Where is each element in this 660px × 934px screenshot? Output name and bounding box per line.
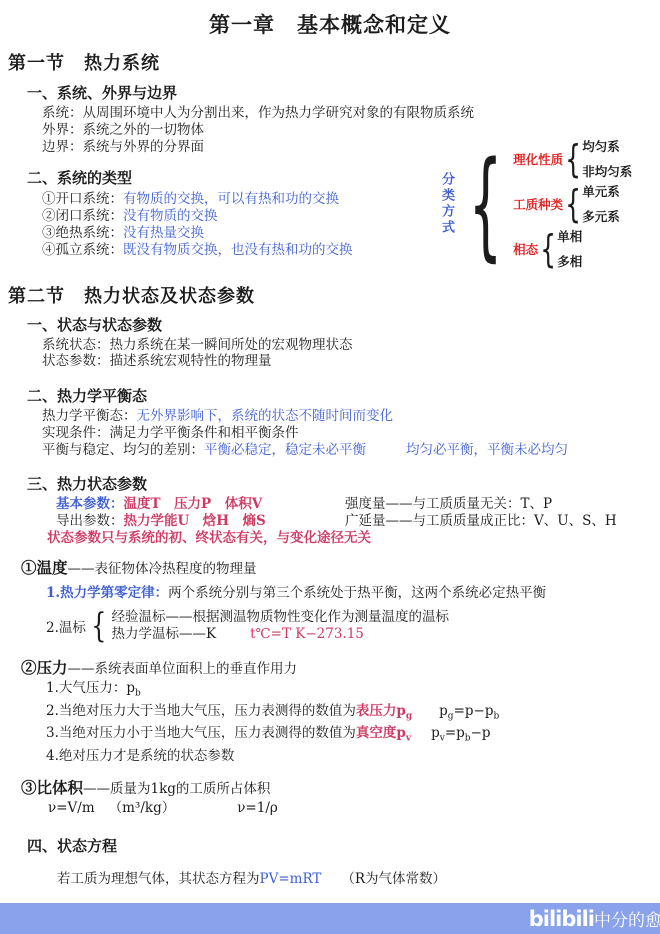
brace-icon: { (91, 609, 106, 643)
gauge-formula: pg=p−pb (439, 703, 499, 725)
gauge-text: 2.当绝对压力大于当地大气压，压力表测得的数值为 (46, 703, 356, 719)
leaf-label: 非均匀系 (582, 162, 632, 180)
vacuum-text: 3.当绝对压力小于当地大气压，压力表测得的数值为 (46, 725, 356, 741)
term-text: 既没有物质交换，也没有热和功的交换 (123, 242, 353, 258)
vacuum-term-text: 真空度p (356, 725, 406, 741)
leaf-label: 均匀系 (582, 137, 632, 155)
param-value: 温度T 压力P 体积V (124, 496, 263, 512)
vacuum-formula-part: −p (471, 725, 491, 741)
leaf-label: 多元系 (582, 207, 620, 225)
gas-constant-note: （R为气体常数） (341, 871, 446, 888)
volume-formula-1: ν=V/m (48, 800, 95, 816)
term-text: 热力系统在某一瞬间所处的宏观物理状态 (110, 337, 353, 353)
zeroth-law-label: 1.热力学第零定律： (46, 585, 168, 601)
state-definition-line: 系统状态：热力系统在某一瞬间所处的宏观物理状态 (42, 337, 660, 354)
state-parameter-line: 状态参数：描述系统宏观特性的物理量 (42, 353, 660, 370)
term-label: 平衡与稳定、均匀的差别： (42, 442, 204, 458)
brace-icon: { (565, 185, 581, 223)
term-text: 描述系统宏观特性的物理量 (110, 353, 272, 369)
term-text: 系统与外界的分界面 (83, 139, 205, 155)
derived-params-row: 导出参数：热力学能U 焓H 熵S 广延量——与工质质量成正比：V、U、S、H (56, 513, 660, 530)
temperature-definition: ——表征物体冷热程度的物理量 (68, 561, 257, 577)
specific-volume-heading: ③比体积——质量为1kg的工质所占体积 (21, 776, 660, 798)
branch-leaves: 均匀系 非均匀系 (582, 137, 632, 180)
specific-volume-formula-line: ν=V/m（m³/kg）ν=1/ρ (48, 800, 660, 817)
definition-line-system: 系统：从周围环境中人为分割出来，作为热力学研究对象的有限物质系统 (42, 105, 660, 122)
basic-params-left: 基本参数：温度T 压力P 体积V (56, 496, 345, 513)
temperature-term: ①温度 (21, 558, 68, 577)
term-text: 满足力学平衡条件和相平衡条件 (110, 425, 299, 441)
thermodynamic-scale-line: 热力学温标——Kt℃=T K−273.15 (112, 626, 450, 643)
ideal-gas-text: 若工质为理想气体，其状态方程为 (57, 871, 260, 887)
derived-params-left: 导出参数：热力学能U 焓H 熵S (56, 513, 345, 530)
term-label: 实现条件： (42, 425, 110, 441)
diagram-branch-workingfluid: 工质种类 { 单元系 多元系 (513, 182, 632, 225)
section2-sub2-heading: 二、热力学平衡态 (27, 385, 660, 406)
branch-label: 工质种类 (513, 195, 563, 213)
temperature-conversion-formula: t℃=T K−273.15 (250, 626, 364, 642)
equation-of-state-heading: 四、状态方程 (27, 835, 660, 856)
branch-label: 理化性质 (513, 150, 563, 168)
diagram-branch-phase: 相态 { 单相 多相 (513, 227, 632, 270)
gauge-pressure-line: 2.当绝对压力大于当地大气压，压力表测得的数值为表压力pgpg=p−pb (46, 703, 660, 725)
vacuum-term-subscript: v (406, 734, 411, 744)
diagram-root-label: 分类方式 (437, 172, 456, 236)
temperature-scale-block: 2.温标 { 经验温标——根据测温物质物性变化作为测量温度的温标 热力学温标——… (46, 609, 660, 643)
section2-sub1-heading: 一、状态与状态参数 (27, 314, 660, 335)
volume-unit: （m³/kg） (109, 800, 176, 816)
param-label: 基本参数： (56, 496, 124, 512)
classification-diagram: 分类方式 { 理化性质 { 均匀系 非均匀系 工质种类 { 单元系 多元系 相态 (437, 136, 632, 271)
channel-name: 中分的愈 (594, 906, 660, 931)
condition-line: 实现条件：满足力学平衡条件和相平衡条件 (42, 425, 660, 442)
difference-line: 平衡与稳定、均匀的差别：平衡必稳定，稳定未必平衡均匀必平衡，平衡未必均匀 (42, 442, 660, 459)
section1-sub1-heading: 一、系统、外界与边界 (27, 82, 660, 103)
term-label: 外界： (42, 122, 83, 138)
gauge-term-subscript: g (406, 711, 412, 721)
intensive-note: 强度量——与工质质量无关：T、P (345, 496, 552, 513)
absolute-pressure-note: 4.绝对压力才是系统的状态参数 (46, 748, 660, 765)
section2-sub3-heading: 三、热力状态参数 (27, 473, 660, 494)
pressure-definition: ——系统表面单位面积上的垂直作用力 (68, 661, 298, 677)
term-label: ④孤立系统： (42, 242, 123, 258)
ideal-gas-formula: PV=mRT (260, 871, 322, 887)
brace-icon: { (469, 145, 503, 263)
zeroth-law-line: 1.热力学第零定律：两个系统分别与第三个系统处于热平衡，这两个系统必定热平衡 (46, 585, 660, 602)
term-label: 边界： (42, 139, 83, 155)
ideal-gas-line: 若工质为理想气体，其状态方程为PV=mRT（R为气体常数） (57, 871, 660, 888)
diagram-branch-physchem: 理化性质 { 均匀系 非均匀系 (513, 137, 632, 180)
param-label: 导出参数： (56, 513, 124, 529)
leaf-label: 单相 (557, 227, 582, 245)
atmospheric-pressure-line: 1.大气压力：pb (46, 680, 660, 702)
atm-subscript: b (135, 689, 141, 699)
gauge-term-text: 表压力p (356, 703, 406, 719)
gauge-formula-sub: b (493, 711, 499, 721)
equilibrium-line: 热力学平衡态：无外界影响下，系统的状态不随时间而变化 (42, 408, 660, 425)
term-text: 没有物质的交换 (123, 208, 218, 224)
vacuum-formula-part: p (431, 725, 440, 741)
leaf-label: 单元系 (582, 182, 620, 200)
term-text: 从周围环境中人为分割出来，作为热力学研究对象的有限物质系统 (83, 105, 475, 121)
term-label: ①开口系统： (42, 191, 123, 207)
section2-heading: 第二节 热力状态及状态参数 (8, 282, 660, 308)
diff-text-1: 平衡必稳定，稳定未必平衡 (204, 442, 366, 458)
term-label: 热力学平衡态： (42, 408, 137, 424)
page-title: 第一章 基本概念和定义 (0, 9, 660, 39)
zeroth-law-text: 两个系统分别与第三个系统处于热平衡，这两个系统必定热平衡 (168, 585, 546, 601)
specific-volume-definition: ——质量为1kg的工质所占体积 (83, 781, 270, 797)
diff-text-2: 均匀必平衡，平衡未必均匀 (406, 442, 568, 458)
term-label: ③绝热系统： (42, 225, 123, 241)
term-text: 有物质的交换，可以有热和功的交换 (123, 191, 339, 207)
vacuum-formula-part: =p (445, 725, 465, 741)
term-label: 系统状态： (42, 337, 110, 353)
section1-heading: 第一节 热力系统 (8, 49, 660, 75)
term-label: 状态参数： (42, 353, 110, 369)
atm-symbol: p (126, 680, 135, 696)
scale-label: 2.温标 (46, 616, 86, 636)
pressure-term: ②压力 (21, 658, 68, 677)
vacuum-term: 真空度pv (356, 725, 411, 741)
param-value: 热力学能U 焓H 熵S (124, 513, 266, 529)
thermodynamic-scale-text: 热力学温标——K (112, 626, 217, 642)
branch-leaves: 单元系 多元系 (582, 182, 620, 225)
term-label: ②闭口系统： (42, 208, 123, 224)
brace-icon: { (540, 230, 556, 268)
pressure-heading: ②压力——系统表面单位面积上的垂直作用力 (21, 656, 660, 678)
term-text: 无外界影响下，系统的状态不随时间而变化 (137, 408, 394, 424)
watermark-bar: bilibili 中分的愈 (0, 903, 660, 934)
term-text: 没有热量交换 (123, 225, 204, 241)
state-param-remark: 状态参数只与系统的初、终状态有关，与变化途径无关 (47, 530, 660, 547)
vacuum-pressure-line: 3.当绝对压力小于当地大气压，压力表测得的数值为真空度pvpv=pb−p (46, 725, 660, 747)
gauge-formula-part: =p−p (454, 703, 494, 719)
vacuum-formula: pv=pb−p (431, 725, 490, 747)
leaf-label: 多相 (557, 252, 582, 270)
specific-volume-term: ③比体积 (21, 778, 83, 797)
branch-leaves: 单相 多相 (557, 227, 582, 270)
atm-text: 1.大气压力： (46, 680, 126, 696)
term-label: 系统： (42, 105, 83, 121)
basic-params-row: 基本参数：温度T 压力P 体积V 强度量——与工质质量无关：T、P (56, 496, 660, 513)
notes-page: 第一章 基本概念和定义 第一节 热力系统 一、系统、外界与边界 系统：从周围环境… (0, 9, 660, 888)
bilibili-logo: bilibili (529, 907, 594, 931)
term-text: 系统之外的一切物体 (83, 122, 205, 138)
extensive-note: 广延量——与工质质量成正比：V、U、S、H (345, 513, 617, 530)
empirical-scale-line: 经验温标——根据测温物质物性变化作为测量温度的温标 (112, 609, 450, 626)
volume-formula-2: ν=1/ρ (237, 800, 278, 816)
branch-label: 相态 (513, 240, 538, 258)
scale-lines: 经验温标——根据测温物质物性变化作为测量温度的温标 热力学温标——Kt℃=T K… (112, 609, 450, 643)
gauge-term: 表压力pg (356, 703, 412, 719)
diagram-branches: 理化性质 { 均匀系 非均匀系 工质种类 { 单元系 多元系 相态 { 单 (513, 136, 632, 271)
brace-icon: { (565, 140, 581, 178)
temperature-heading: ①温度——表征物体冷热程度的物理量 (21, 556, 660, 578)
gauge-formula-part: p (439, 703, 448, 719)
